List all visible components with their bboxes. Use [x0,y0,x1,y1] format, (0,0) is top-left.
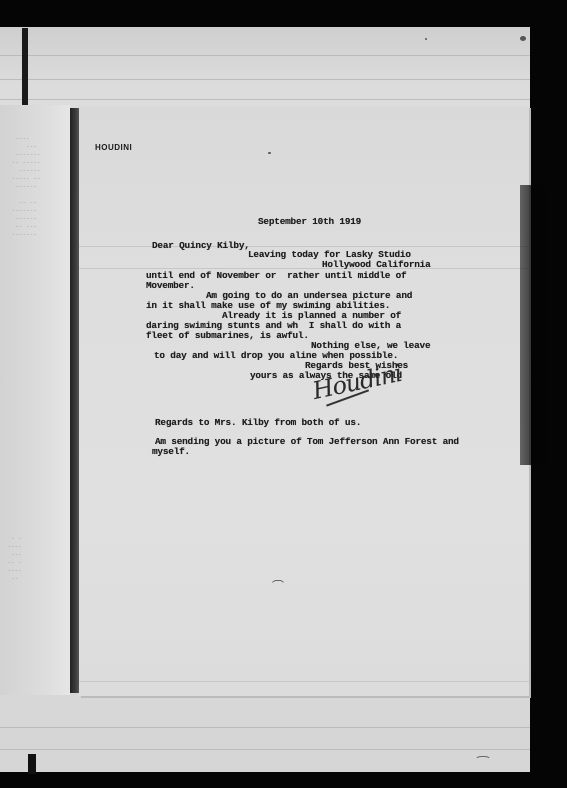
postscript-line: Am sending you a picture of Tom Jefferso… [155,437,459,447]
paper-speck [268,152,271,154]
paper-speck [425,38,427,40]
faded-text: - - ---- --- -- - ---- -- [4,535,22,583]
binding-edge [28,754,36,774]
ruled-line [0,749,530,750]
letter-body-line: Hollywood California [322,260,431,270]
letter-body-line: Movember. [146,281,195,291]
ruled-line [79,268,529,269]
postscript-line: myself. [152,447,190,457]
letter-date: September 10th 1919 [258,217,361,227]
ruled-line [0,727,530,728]
page-shadow [520,185,550,465]
paper-speck [520,36,526,41]
left-adjacent-page: ---- --- ------- -- ----- ------ ----- -… [0,105,70,695]
faded-text: ---- --- ------- -- ----- ------ ----- -… [8,135,40,239]
letterhead: HOUDINI [95,143,132,152]
salutation: Dear Quincy Kilby, [152,241,250,251]
ruled-line [0,55,530,56]
letter-body-line: fleet of submarines, is awful. [146,331,309,341]
letter-page [79,106,529,696]
ruled-line [0,99,530,100]
ruled-line [79,246,529,247]
binding-edge [22,28,28,108]
ruled-line [79,681,529,682]
ruled-line [0,79,530,80]
paper-mark [475,756,491,766]
binding-edge [70,108,79,693]
postscript-line: Regards to Mrs. Kilby from both of us. [155,418,361,428]
paper-mark [270,580,286,600]
